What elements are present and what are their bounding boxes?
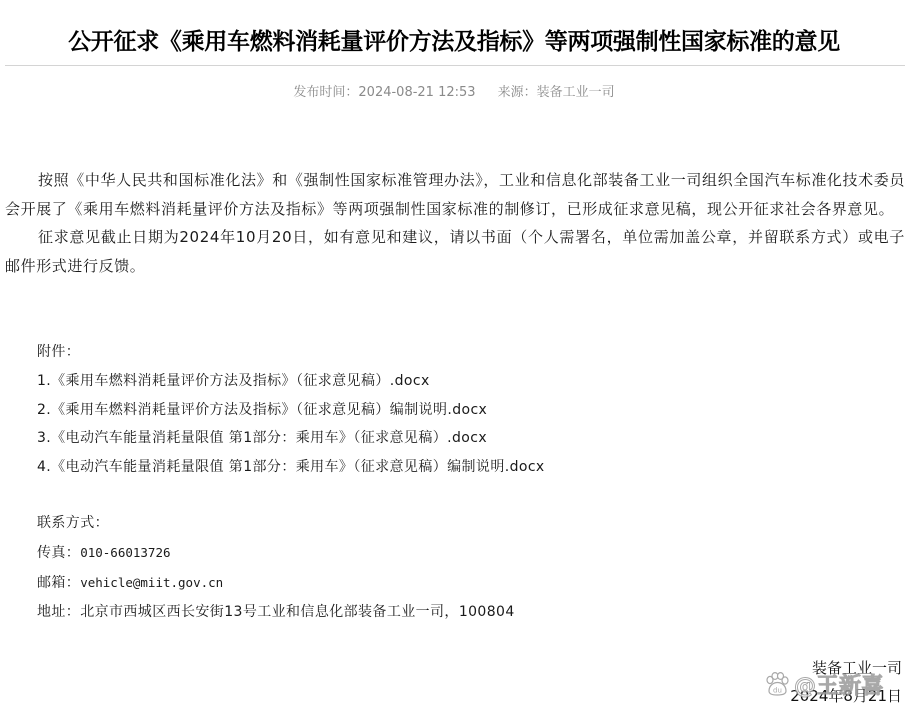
- svg-text:du: du: [773, 687, 782, 695]
- paragraph-intro: 按照《中华人民共和国标准化法》和《强制性国家标准管理办法》，工业和信息化部装备工…: [5, 166, 905, 223]
- attachment-link-3[interactable]: 3.《电动汽车能量消耗量限值 第1部分：乘用车》（征求意见稿）.docx: [37, 430, 487, 446]
- address-label: 地址：: [37, 604, 80, 620]
- fax-number: 010-66013726: [80, 545, 170, 560]
- paragraph-deadline: 征求意见截止日期为2024年10月20日，如有意见和建议，请以书面（个人需署名，…: [5, 223, 905, 280]
- fax-label: 传真：: [37, 545, 80, 561]
- signature-block: 装备工业一司 2024年8月21日: [790, 654, 902, 710]
- source-label: 来源：: [498, 85, 537, 100]
- contact-fax-row: 传真：010-66013726: [37, 538, 515, 568]
- article-title: 公开征求《乘用车燃料消耗量评价方法及指标》等两项强制性国家标准的意见: [0, 27, 908, 57]
- contact-address-row: 地址：北京市西城区西长安街13号工业和信息化部装备工业一司，100804: [37, 598, 515, 627]
- publish-time: 2024-08-21 12:53: [358, 85, 475, 100]
- contact-section: 联系方式： 传真：010-66013726 邮箱：vehicle@miit.go…: [37, 509, 515, 627]
- article-meta: 发布时间：2024-08-21 12:53来源：装备工业一司: [0, 84, 908, 102]
- attachments-section: 附件： 1.《乘用车燃料消耗量评价方法及指标》（征求意见稿）.docx 2.《乘…: [37, 338, 545, 482]
- attachment-link-2[interactable]: 2.《乘用车燃料消耗量评价方法及指标》（征求意见稿）编制说明.docx: [37, 402, 487, 418]
- title-divider: [5, 65, 905, 66]
- attachment-link-4[interactable]: 4.《电动汽车能量消耗量限值 第1部分：乘用车》（征求意见稿）编制说明.docx: [37, 459, 545, 475]
- email-address: vehicle@miit.gov.cn: [80, 575, 223, 590]
- signature-department: 装备工业一司: [790, 654, 902, 682]
- address: 北京市西城区西长安街13号工业和信息化部装备工业一司，100804: [80, 604, 514, 620]
- contact-heading: 联系方式：: [37, 509, 515, 538]
- source: 装备工业一司: [537, 85, 615, 100]
- attachment-link-1[interactable]: 1.《乘用车燃料消耗量评价方法及指标》（征求意见稿）.docx: [37, 373, 430, 389]
- email-label: 邮箱：: [37, 575, 80, 591]
- contact-email-row: 邮箱：vehicle@miit.gov.cn: [37, 568, 515, 598]
- baidu-paw-icon: du: [764, 672, 790, 696]
- article-body: 按照《中华人民共和国标准化法》和《强制性国家标准管理办法》，工业和信息化部装备工…: [5, 166, 905, 281]
- publish-time-label: 发布时间：: [293, 85, 358, 100]
- attachments-heading: 附件：: [37, 338, 545, 367]
- signature-date: 2024年8月21日: [790, 682, 902, 710]
